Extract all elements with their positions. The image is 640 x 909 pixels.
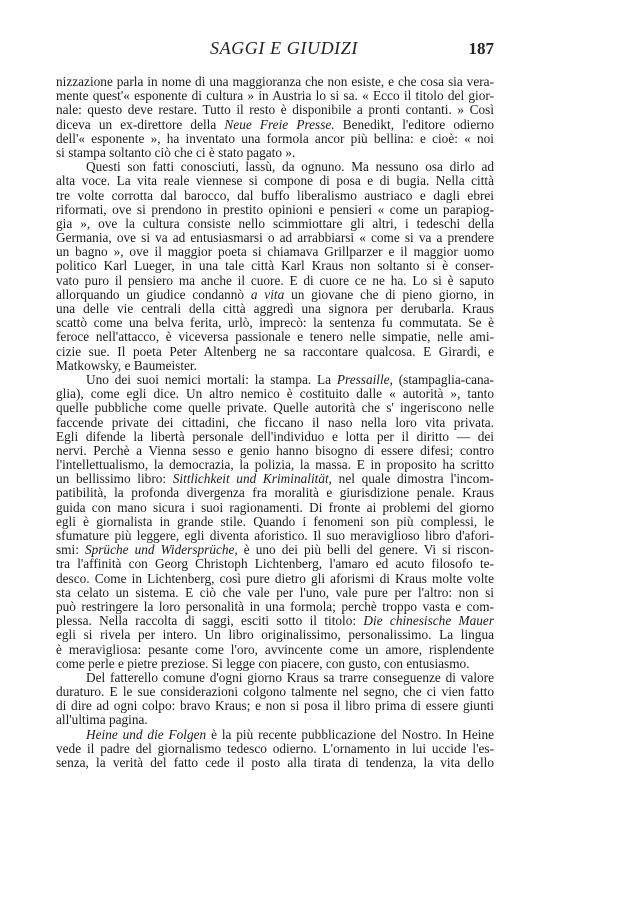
text-line: gia », ove la cultura consiste nello sci… <box>56 217 494 231</box>
text-line: Del fatterello comune d'ogni giorno Krau… <box>56 671 494 685</box>
text-segment: si stampa soltanto ciò che ci è stato pa… <box>56 145 295 160</box>
text-line: dell'« esponente », ha inventato una for… <box>56 132 494 146</box>
text-line: mente quest'« esponente di cultura » in … <box>56 89 494 103</box>
text-segment: duraturo. E le sue considerazioni colgon… <box>56 684 494 699</box>
paragraph: Heine und die Folgen è la più recente pu… <box>56 728 494 771</box>
text-line: tre volte corrotta dal barocco, dal buff… <box>56 189 494 203</box>
text-line: sfumature più leggere, egli diventa afor… <box>56 529 494 543</box>
text-segment: Germania, ove si va ad entusiasmarsi o a… <box>56 230 494 245</box>
text-segment: tre volte corrotta dal barocco, dal buff… <box>56 188 494 203</box>
text-segment: nervi. Perchè a Vienna sesso e genio han… <box>56 443 494 458</box>
text-line: quelle pubbliche come quelle private. Qu… <box>56 401 494 415</box>
text-segment: senza, la verità del fatto cede il posto… <box>56 755 494 770</box>
text-segment: guida con mano sicura i suoi ragionament… <box>56 500 494 515</box>
text-segment: di dire ad ogni colpo: bravo Kraus; e no… <box>56 698 494 713</box>
text-segment: scattò come una belva ferita, urlò, impr… <box>56 315 494 330</box>
running-title: SAGGI E GIUDIZI <box>210 38 358 59</box>
text-segment: glia), come egli dice. Un altro nemico è… <box>56 386 494 401</box>
text-line: alta voce. La vita reale viennese si com… <box>56 174 494 188</box>
text-segment: diceva un ex-direttore della <box>56 117 224 132</box>
text-line: è meravigliosa: pesante come l'oro, avvi… <box>56 643 494 657</box>
text-segment: egli si rivela per intero. Un libro orig… <box>56 627 494 642</box>
text-line: politico Karl Lueger, in una tale città … <box>56 259 494 273</box>
text-line: Questi son fatti conosciuti, lassù, da o… <box>56 160 494 174</box>
text-line: l'intellettualismo, la democrazia, la po… <box>56 458 494 472</box>
page-number: 187 <box>469 39 495 59</box>
text-segment: vato puro il pensiero ma anche il cuore.… <box>56 273 494 288</box>
text-line: cizie sue. Il poeta Peter Altenberg ne s… <box>56 345 494 359</box>
text-segment: dell'« esponente », ha inventato una for… <box>56 131 494 146</box>
text-line: Egli difende la libertà personale dell'i… <box>56 430 494 444</box>
text-segment: allorquando un giudice condannò <box>56 287 251 302</box>
text-line: scattò come una belva ferita, urlò, impr… <box>56 316 494 330</box>
text-line: diceva un ex-direttore della Neue Freie … <box>56 118 494 132</box>
italic-text: Pressaille, <box>337 372 393 387</box>
paragraph: Del fatterello comune d'ogni giorno Krau… <box>56 671 494 728</box>
text-line: riformati, ove si prendono in prestito o… <box>56 203 494 217</box>
text-segment: un bellissimo libro: <box>56 471 173 486</box>
body-text: nizzazione parla in nome di una maggiora… <box>56 75 494 770</box>
text-line: si stampa soltanto ciò che ci è stato pa… <box>56 146 494 160</box>
text-segment: nale: questo deve restare. Tutto il rest… <box>56 102 494 117</box>
text-segment: politico Karl Lueger, in una tale città … <box>56 258 494 273</box>
text-line: Uno dei suoi nemici mortali: la stampa. … <box>56 373 494 387</box>
text-segment: mente quest'« esponente di cultura » in … <box>56 88 494 103</box>
text-segment: tra l'affinità con Georg Christoph Licht… <box>56 556 494 571</box>
text-segment: feroce nell'attacco, è viceversa passion… <box>56 329 494 344</box>
text-line: desco. Come in Lichtenberg, così pure di… <box>56 572 494 586</box>
text-line: tra l'affinità con Georg Christoph Licht… <box>56 557 494 571</box>
text-line: patibilità, la profonda divergenza fra m… <box>56 486 494 500</box>
text-segment: (stampaglia-cana- <box>393 372 494 387</box>
text-line: nizzazione parla in nome di una maggiora… <box>56 75 494 89</box>
text-line: nale: questo deve restare. Tutto il rest… <box>56 103 494 117</box>
text-line: un bellissimo libro: Sittlichkeit und Kr… <box>56 472 494 486</box>
text-segment: plessa. Nella raccolta di saggi, esciti … <box>56 613 363 628</box>
text-segment: un bagno », ove il maggior poeta si chia… <box>56 244 494 259</box>
text-segment: vede il padre del giornalismo tedesco od… <box>56 741 494 756</box>
italic-text: Neue Freie Presse. <box>224 117 334 132</box>
text-line: guida con mano sicura i suoi ragionament… <box>56 501 494 515</box>
text-line: Matkowsky, e Baumeister. <box>56 359 494 373</box>
text-segment: gia », ove la cultura consiste nello sci… <box>56 216 494 231</box>
text-line: Germania, ove si va ad entusiasmarsi o a… <box>56 231 494 245</box>
text-segment: nel quale dimostra l'incom- <box>332 471 494 486</box>
text-line: glia), come egli dice. Un altro nemico è… <box>56 387 494 401</box>
text-segment: Del fatterello comune d'ogni giorno Krau… <box>86 670 494 685</box>
text-segment: è la più recente pubblicazione del Nostr… <box>206 727 494 742</box>
text-line: smi: Sprüche und Widersprüche, è uno dei… <box>56 543 494 557</box>
paragraph: nizzazione parla in nome di una maggiora… <box>56 75 494 160</box>
text-line: di dire ad ogni colpo: bravo Kraus; e no… <box>56 699 494 713</box>
text-segment: come perle e pietre preziose. Si legge c… <box>56 656 470 671</box>
text-line: una delle vie centrali della città aggre… <box>56 302 494 316</box>
text-segment: quelle pubbliche come quelle private. Qu… <box>56 400 494 415</box>
text-segment: faccende private dei cittadini, che ficc… <box>56 415 494 430</box>
text-line: un bagno », ove il maggior poeta si chia… <box>56 245 494 259</box>
text-line: plessa. Nella raccolta di saggi, esciti … <box>56 614 494 628</box>
text-segment: egli è giornalista in grande stile. Quan… <box>56 514 494 529</box>
italic-text: Sittlichkeit und Kriminalität, <box>173 471 332 486</box>
text-segment: l'intellettualismo, la democrazia, la po… <box>56 457 494 472</box>
text-segment: sta celato un sistema. E ciò che vale pe… <box>56 585 494 600</box>
text-segment: patibilità, la profonda divergenza fra m… <box>56 485 494 500</box>
italic-text: Die chinesische Mauer <box>363 613 494 628</box>
text-line: egli si rivela per intero. Un libro orig… <box>56 628 494 642</box>
page-header: SAGGI E GIUDIZI 187 <box>56 38 494 62</box>
text-segment: Questi son fatti conosciuti, lassù, da o… <box>86 159 494 174</box>
text-segment: è uno dei più belli del genere. Vi si ri… <box>238 542 494 557</box>
text-segment: cizie sue. Il poeta Peter Altenberg ne s… <box>56 344 494 359</box>
text-line: senza, la verità del fatto cede il posto… <box>56 756 494 770</box>
italic-text: a vita <box>251 287 284 302</box>
text-segment: riformati, ove si prendono in prestito o… <box>56 202 494 217</box>
text-line: egli è giornalista in grande stile. Quan… <box>56 515 494 529</box>
text-line: come perle e pietre preziose. Si legge c… <box>56 657 494 671</box>
text-segment: alta voce. La vita reale viennese si com… <box>56 173 494 188</box>
italic-text: Sprüche und Widersprüche, <box>85 542 238 557</box>
text-line: sta celato un sistema. E ciò che vale pe… <box>56 586 494 600</box>
text-segment: sfumature più leggere, egli diventa afor… <box>56 528 494 543</box>
text-line: allorquando un giudice condannò a vita u… <box>56 288 494 302</box>
text-segment: Egli difende la libertà personale dell'i… <box>56 429 494 444</box>
text-segment: Benedikt, l'editore odierno <box>335 117 494 132</box>
text-line: vato puro il pensiero ma anche il cuore.… <box>56 274 494 288</box>
text-segment: una delle vie centrali della città aggre… <box>56 301 494 316</box>
paragraph: Uno dei suoi nemici mortali: la stampa. … <box>56 373 494 671</box>
text-line: duraturo. E le sue considerazioni colgon… <box>56 685 494 699</box>
text-segment: Uno dei suoi nemici mortali: la stampa. … <box>86 372 337 387</box>
text-line: può restringere la loro personalità in u… <box>56 600 494 614</box>
paragraph: Questi son fatti conosciuti, lassù, da o… <box>56 160 494 373</box>
text-line: vede il padre del giornalismo tedesco od… <box>56 742 494 756</box>
text-segment: Matkowsky, e Baumeister. <box>56 358 197 373</box>
text-segment: un giovane che di pieno giorno, in <box>284 287 494 302</box>
text-line: all'ultima pagina. <box>56 713 494 727</box>
text-segment: desco. Come in Lichtenberg, così pure di… <box>56 571 494 586</box>
text-segment: smi: <box>56 542 85 557</box>
text-line: Heine und die Folgen è la più recente pu… <box>56 728 494 742</box>
text-line: faccende private dei cittadini, che ficc… <box>56 416 494 430</box>
text-line: nervi. Perchè a Vienna sesso e genio han… <box>56 444 494 458</box>
text-segment: è meravigliosa: pesante come l'oro, avvi… <box>56 642 494 657</box>
text-line: feroce nell'attacco, è viceversa passion… <box>56 330 494 344</box>
text-segment: può restringere la loro personalità in u… <box>56 599 494 614</box>
text-segment: all'ultima pagina. <box>56 712 148 727</box>
italic-text: Heine und die Folgen <box>86 727 206 742</box>
text-segment: nizzazione parla in nome di una maggiora… <box>56 74 494 89</box>
